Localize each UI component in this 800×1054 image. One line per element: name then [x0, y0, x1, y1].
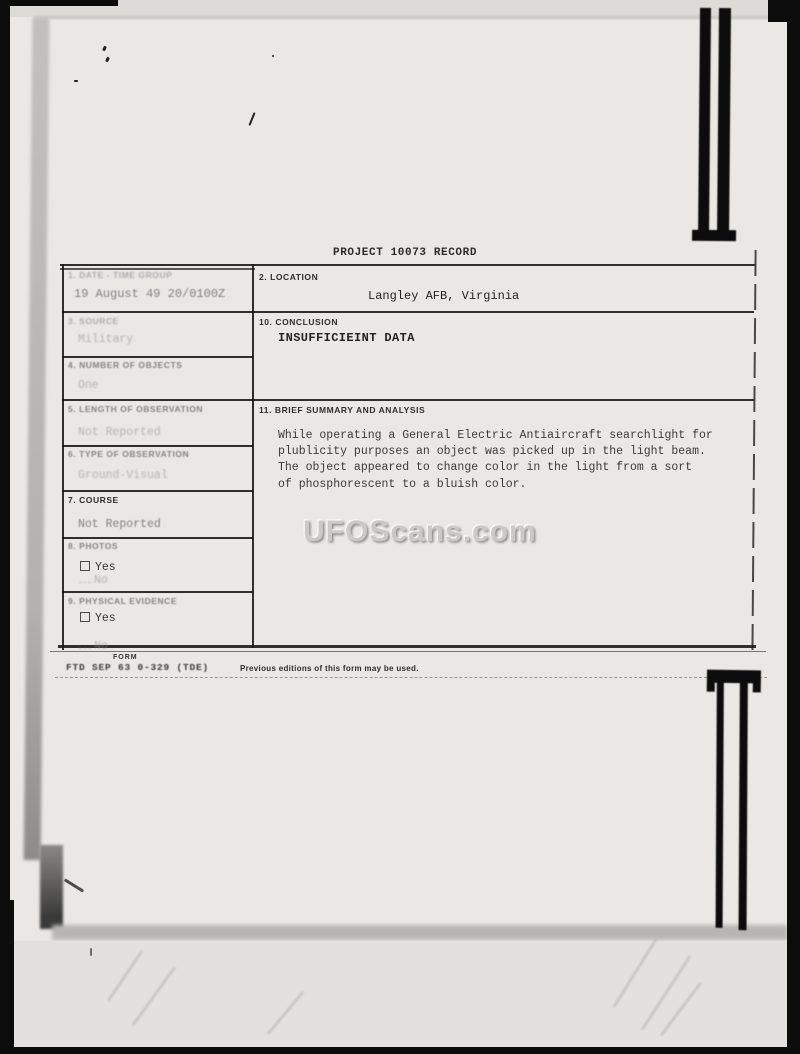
field-label-photos: 8. PHOTOS [68, 541, 118, 551]
scanned-document-page: UFOScans.com PROJECT 10073 RECORD 1. DAT… [0, 0, 800, 1054]
photos-yes-label: Yes [95, 561, 116, 574]
physical-evidence-yes-option: Yes [80, 612, 116, 626]
lower-sheet-area [0, 941, 800, 1047]
field-value-conclusion: INSUFFICIEINT DATA [278, 331, 415, 345]
field-label-course: 7. COURSE [68, 495, 119, 505]
scan-artifact-binding-mark-bottom [703, 670, 761, 931]
photos-yes-option: Yes [80, 561, 116, 575]
ink-speck [102, 46, 107, 52]
summary-line: The object appeared to change color in t… [278, 460, 713, 476]
field-label-number-of-objects: 4. NUMBER OF OBJECTS [68, 360, 182, 370]
paper-top-edge-shadow [34, 16, 786, 19]
scan-edge-bottom [0, 1047, 800, 1054]
ink-speck [74, 80, 78, 82]
field-label-length-of-observation: 5. LENGTH OF OBSERVATION [68, 404, 203, 414]
scan-edge-left-wide [0, 900, 14, 1054]
ink-speck [272, 55, 274, 57]
physical-evidence-no-option: No [94, 640, 800, 654]
page-bottom-edge-shadow [52, 925, 788, 940]
photos-no-option: No [94, 574, 800, 588]
crease-mark [641, 956, 691, 1031]
crease-mark [132, 966, 176, 1025]
checkbox-unchecked-icon [80, 561, 90, 571]
pen-slash-mark [248, 112, 255, 126]
physical-evidence-yes-label: Yes [95, 612, 116, 625]
summary-line: While operating a General Electric Antia… [278, 428, 713, 444]
field-label-physical-evidence: 9. PHYSICAL EVIDENCE [68, 596, 177, 606]
field-value-type-of-observation: Ground-Visual [78, 469, 168, 483]
field-label-conclusion: 10. CONCLUSION [259, 317, 338, 327]
row-divider [62, 311, 754, 313]
row-divider-left [62, 537, 253, 539]
table-border-top [60, 264, 755, 266]
field-label-source: 3. SOURCE [68, 316, 119, 326]
footer-form-number: FTD SEP 63 0-329 (TDE) [66, 662, 209, 673]
summary-line: plublicity purposes an object was picked… [278, 444, 713, 460]
ink-speck [105, 57, 110, 63]
field-value-length-of-observation: Not Reported [78, 426, 161, 440]
page-title: PROJECT 10073 RECORD [333, 247, 477, 260]
field-label-type-of-observation: 6. TYPE OF OBSERVATION [68, 449, 189, 459]
summary-line: of phosphorescent to a bluish color. [278, 477, 713, 493]
row-divider-left [62, 356, 253, 358]
checkbox-unchecked-icon [80, 612, 90, 622]
row-divider [62, 399, 754, 401]
row-divider-left [62, 445, 253, 447]
scan-artifact-binding-mark-top [698, 8, 733, 242]
scan-edge-right [787, 0, 800, 1054]
footer-note: Previous editions of this form may be us… [240, 664, 419, 673]
row-divider-left [62, 490, 253, 492]
field-value-source: Military [78, 333, 133, 347]
row-divider-left [62, 591, 253, 593]
crease-mark [267, 991, 304, 1034]
watermark-text: UFOScans.com [303, 516, 537, 548]
left-shadow-band-dark [40, 845, 63, 929]
field-value-brief-summary: While operating a General Electric Antia… [278, 428, 713, 493]
crease-mark [613, 939, 657, 1008]
field-value-date-time-group: 19 August 49 20/0100Z [74, 287, 225, 301]
scan-edge-top-right [768, 0, 800, 22]
field-value-number-of-objects: One [78, 379, 99, 393]
scan-edge-top [0, 0, 118, 6]
field-label-date-time-group: 1. DATE - TIME GROUP [68, 270, 172, 280]
field-value-course: Not Reported [78, 518, 161, 532]
scan-edge-left [0, 0, 10, 1054]
crease-mark [107, 951, 142, 1002]
paper-top-shade [0, 0, 800, 17]
footer-dashed-line [55, 677, 767, 678]
field-label-location: 2. LOCATION [259, 272, 318, 282]
ink-speck [90, 948, 92, 956]
left-shadow-band [24, 18, 50, 860]
pen-slash-mark [64, 878, 84, 892]
footer-form-word: FORM [113, 654, 138, 662]
field-label-brief-summary: 11. BRIEF SUMMARY AND ANALYSIS [259, 405, 425, 415]
field-value-location: Langley AFB, Virginia [368, 289, 519, 303]
